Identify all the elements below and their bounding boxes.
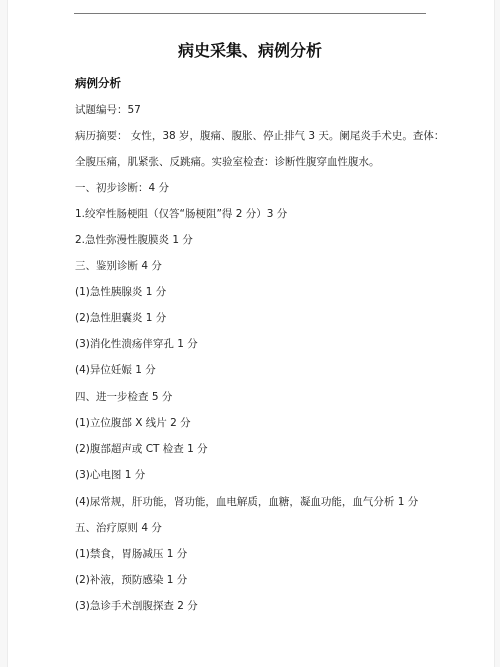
top-divider xyxy=(74,13,426,14)
exam-item: (1)立位腹部 X 线片 2 分 xyxy=(75,415,191,430)
differential-item: (1)急性胰腺炎 1 分 xyxy=(75,284,166,299)
case-summary-line-1: 病历摘要： 女性，38 岁，腹痛、腹胀、停止排气 3 天。阑尾炎手术史。查体： xyxy=(75,128,444,143)
treatment-item: (2)补液，预防感染 1 分 xyxy=(75,572,187,587)
exam-item: (2)腹部超声或 CT 检查 1 分 xyxy=(75,441,208,456)
exam-heading: 四、进一步检查 5 分 xyxy=(75,389,172,404)
differential-item: (2)急性胆囊炎 1 分 xyxy=(75,310,166,325)
differential-item: (3)消化性溃疡伴穿孔 1 分 xyxy=(75,336,198,351)
page-title: 病史采集、病例分析 xyxy=(0,38,500,61)
treatment-item: (1)禁食，胃肠减压 1 分 xyxy=(75,546,187,561)
section-heading: 病例分析 xyxy=(75,75,121,91)
question-id: 试题编号：57 xyxy=(75,102,141,117)
differential-item: (4)异位妊娠 1 分 xyxy=(75,362,156,377)
case-summary-line-2: 全腹压痛，肌紧张、反跳痛。实验室检查：诊断性腹穿血性腹水。 xyxy=(75,154,380,169)
exam-item: (4)尿常规，肝功能，肾功能，血电解质，血糖，凝血功能，血气分析 1 分 xyxy=(75,494,418,509)
document-page xyxy=(7,0,495,667)
differential-heading: 三、鉴别诊断 4 分 xyxy=(75,258,162,273)
treatment-heading: 五、治疗原则 4 分 xyxy=(75,520,162,535)
diagnosis-item: 2.急性弥漫性腹膜炎 1 分 xyxy=(75,232,193,247)
treatment-item: (3)急诊手术剖腹探查 2 分 xyxy=(75,598,198,613)
diagnosis-heading: 一、初步诊断：4 分 xyxy=(75,180,169,195)
diagnosis-item: 1.绞窄性肠梗阻（仅答“肠梗阻”得 2 分）3 分 xyxy=(75,206,287,221)
exam-item: (3)心电图 1 分 xyxy=(75,467,145,482)
